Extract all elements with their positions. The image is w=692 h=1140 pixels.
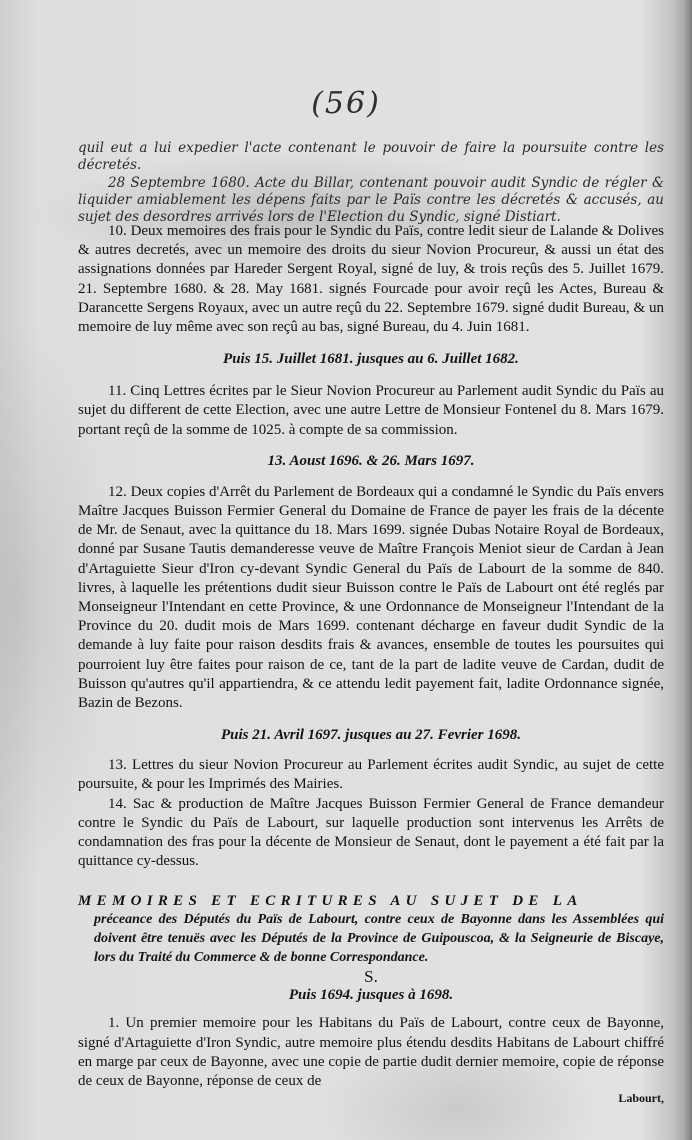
handwritten-line-1: quil eut a lui expedier l'acte contenant… bbox=[78, 140, 664, 174]
entry-14: 14. Sac & production de Maître Jacques B… bbox=[78, 795, 664, 872]
handwritten-annotation: quil eut a lui expedier l'acte contenant… bbox=[78, 140, 664, 226]
catchword: Labourt, bbox=[78, 1091, 664, 1106]
section-mark: S. bbox=[78, 967, 664, 987]
page-number: (56) bbox=[0, 86, 692, 121]
entry-1: 1. Un premier memoire pour les Habitans … bbox=[78, 1014, 664, 1091]
page-edge-shadow bbox=[682, 0, 692, 1140]
date-heading-1697: Puis 21. Avril 1697. jusques au 27. Fevr… bbox=[78, 727, 664, 744]
section-subtitle: préceance des Députés du Païs de Labourt… bbox=[94, 910, 664, 967]
entry-12: 12. Deux copies d'Arrêt du Parlement de … bbox=[78, 483, 664, 713]
entries-block: 10. Deux memoires des frais pour le Synd… bbox=[78, 222, 664, 1106]
date-heading-1681: Puis 15. Juillet 1681. jusques au 6. Jui… bbox=[78, 351, 664, 368]
section-title: MEMOIRES ET ECRITURES AU SUJET DE LA bbox=[78, 893, 664, 910]
entry-10: 10. Deux memoires des frais pour le Synd… bbox=[78, 222, 664, 337]
handwritten-line-2: 28 Septembre 1680. Acte du Billar, conte… bbox=[78, 175, 664, 226]
date-heading-1696: 13. Aoust 1696. & 26. Mars 1697. bbox=[78, 453, 664, 470]
entry-11: 11. Cinq Lettres écrites par le Sieur No… bbox=[78, 382, 664, 440]
entry-13: 13. Lettres du sieur Novion Procureur au… bbox=[78, 756, 664, 794]
date-heading-1694: Puis 1694. jusques à 1698. bbox=[78, 987, 664, 1004]
document-page: (56) quil eut a lui expedier l'acte cont… bbox=[0, 0, 692, 1140]
